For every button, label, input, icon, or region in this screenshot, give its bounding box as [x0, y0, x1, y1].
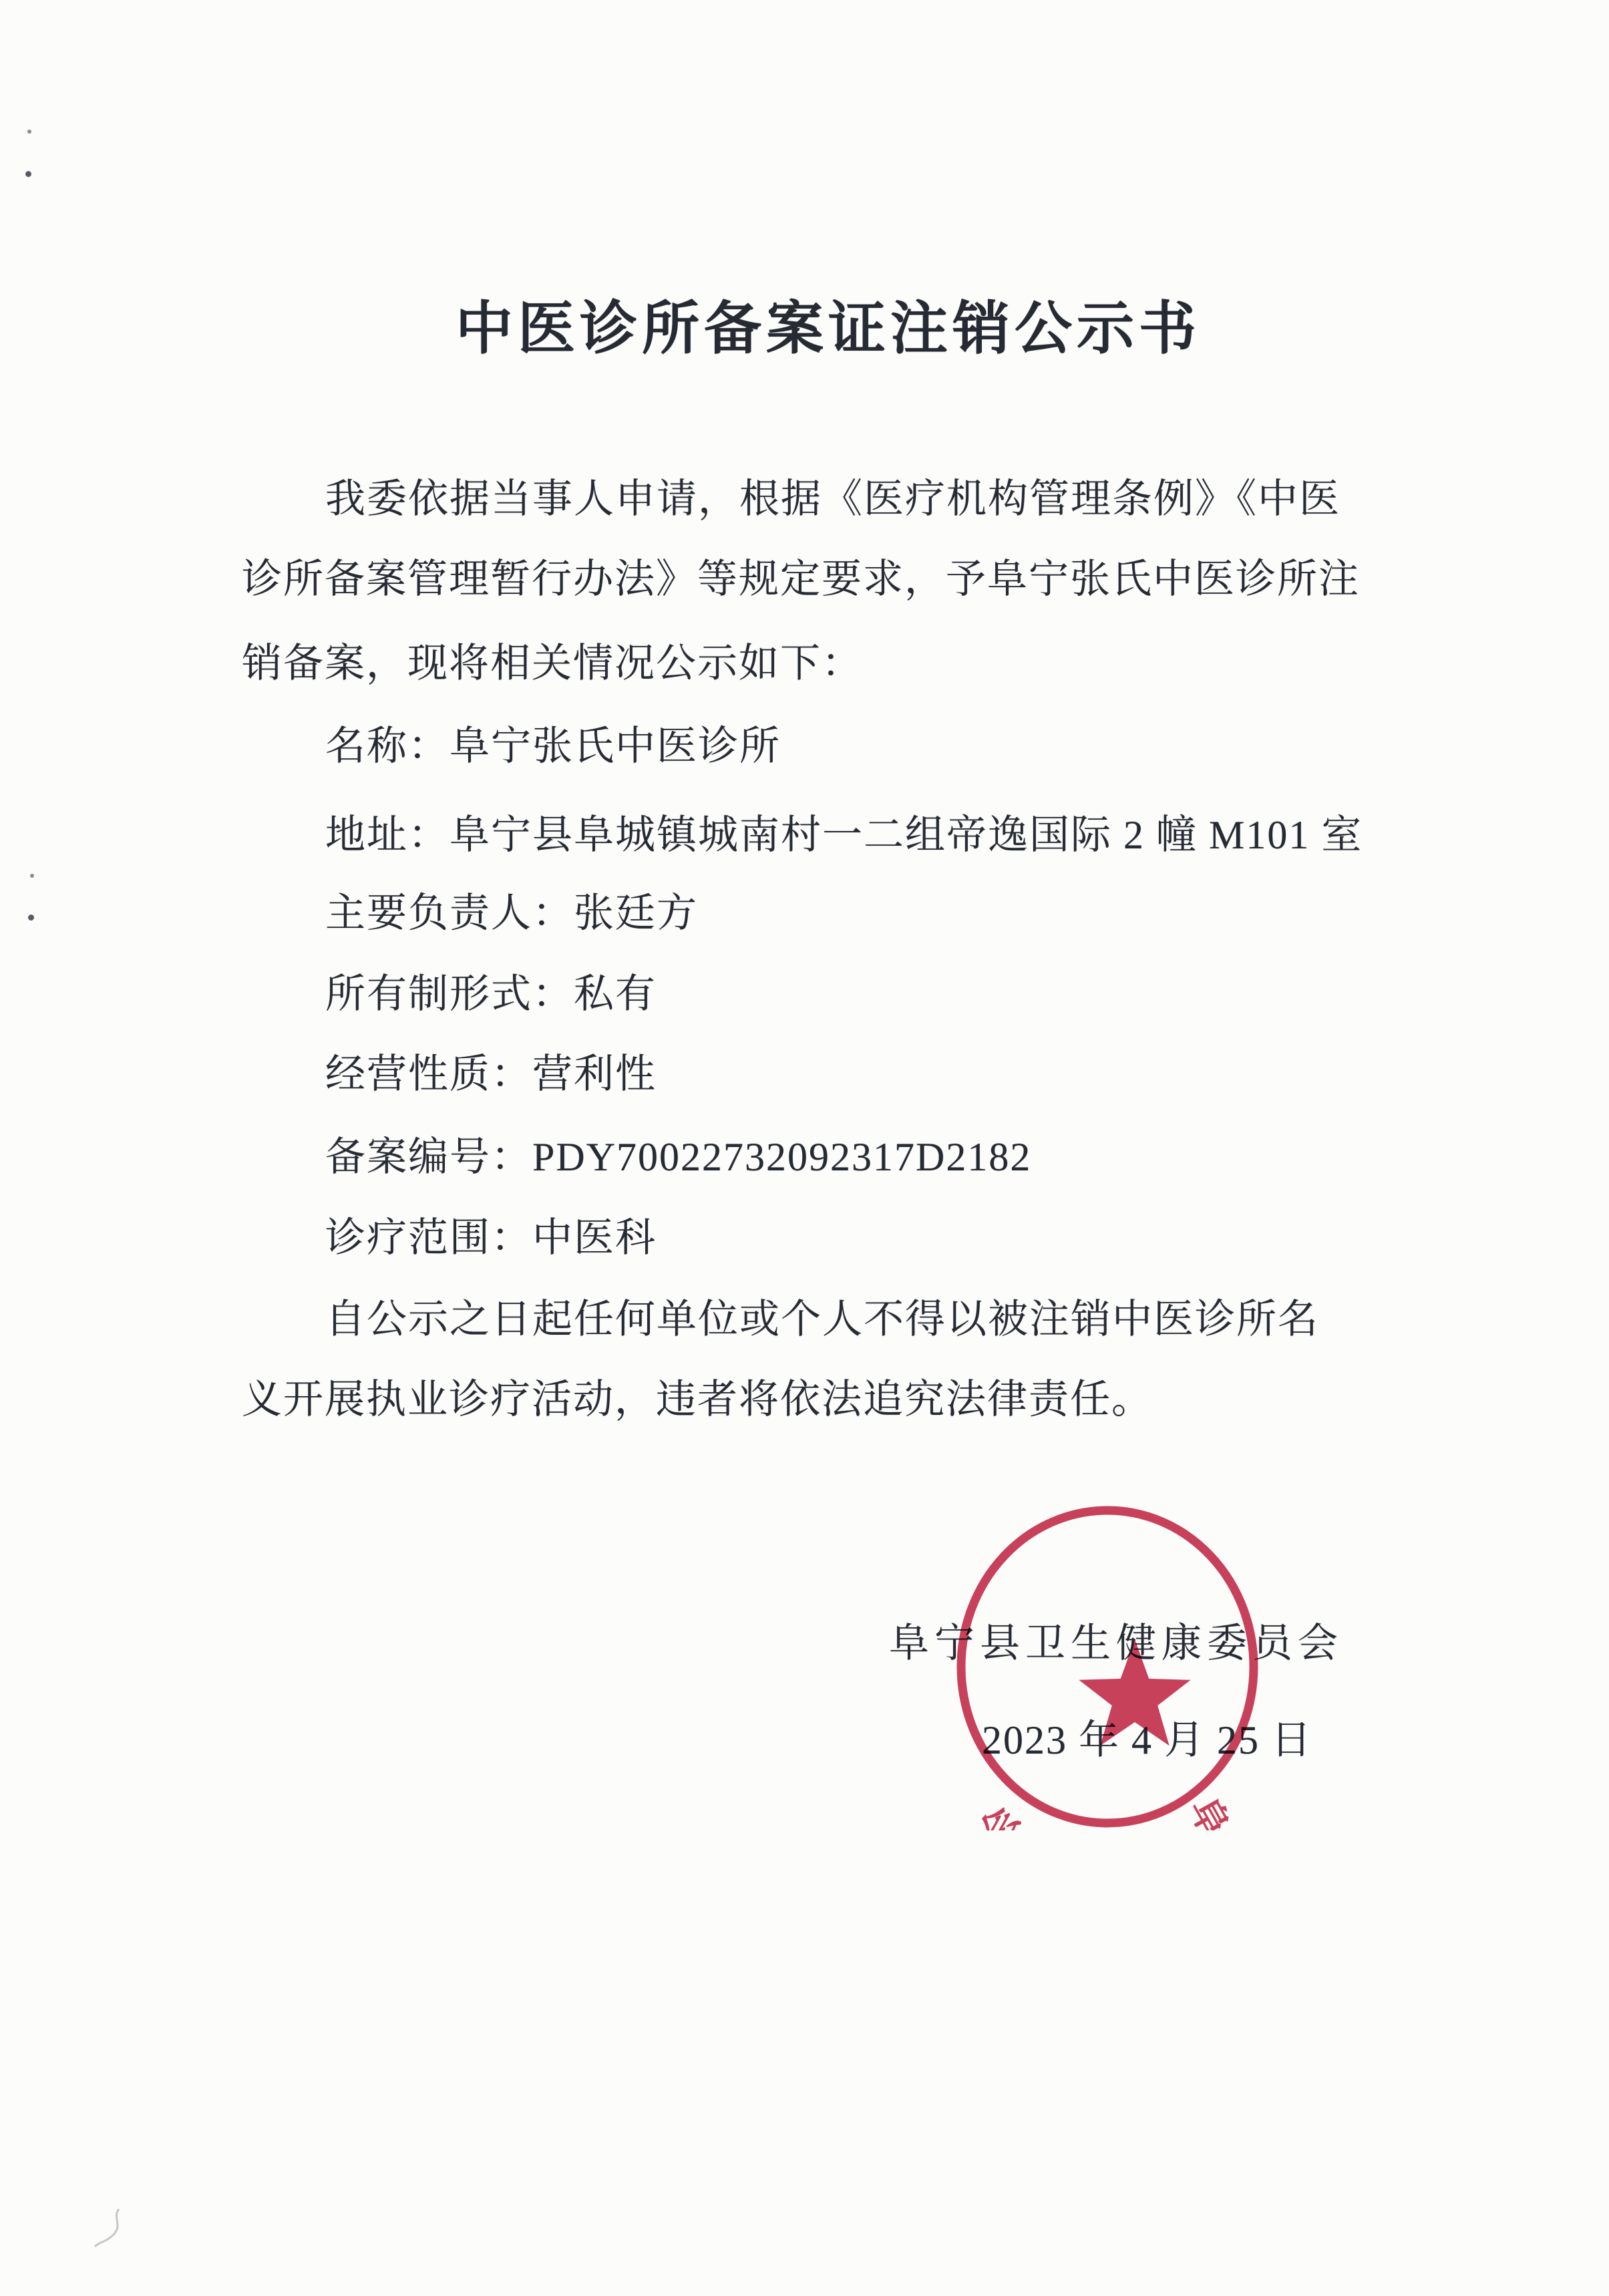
body-line: 诊疗范围：中医科: [325, 1218, 657, 1258]
scan-speck: [25, 171, 31, 177]
seal-star-icon: [1079, 1639, 1190, 1746]
scan-fiber-mark: [94, 2208, 134, 2261]
body-line: 自公示之日起任何单位或个人不得以被注销中医诊所名: [325, 1299, 1319, 1339]
scan-speck: [30, 874, 34, 878]
scan-speck: [27, 130, 31, 134]
body-line: 备案编号：PDY70022732092317D2182: [325, 1137, 1031, 1177]
document-title: 中医诊所备案证注销公示书: [456, 298, 1201, 359]
body-line: 义开展执业诊疗活动，违者将依法追究法律责任。: [242, 1379, 1153, 1420]
body-line: 所有制形式：私有: [325, 974, 657, 1014]
body-line: 我委依据当事人申请，根据《医疗机构管理条例》《中医: [325, 479, 1340, 519]
body-line: 诊所备案管理暂行办法》等规定要求，予阜宁张氏中医诊所注: [242, 559, 1360, 599]
seal-ring: [961, 1510, 1254, 1823]
official-seal: 阜宁县卫生健康委员会 阜宁县卫生健康委员会: [947, 1504, 1268, 1830]
body-line: 名称：阜宁张氏中医诊所: [325, 726, 781, 766]
body-line: 主要负责人：张廷方: [325, 893, 698, 933]
body-line: 地址：阜宁县阜城镇城南村一二组帝逸国际 2 幢 M101 室: [325, 815, 1363, 855]
body-line: 销备案，现将相关情况公示如下：: [242, 643, 863, 683]
document-page: 中医诊所备案证注销公示书 我委依据当事人申请，根据《医疗机构管理条例》《中医 诊…: [0, 0, 1609, 2296]
scan-speck: [28, 915, 34, 921]
body-line: 经营性质：营利性: [325, 1054, 657, 1094]
